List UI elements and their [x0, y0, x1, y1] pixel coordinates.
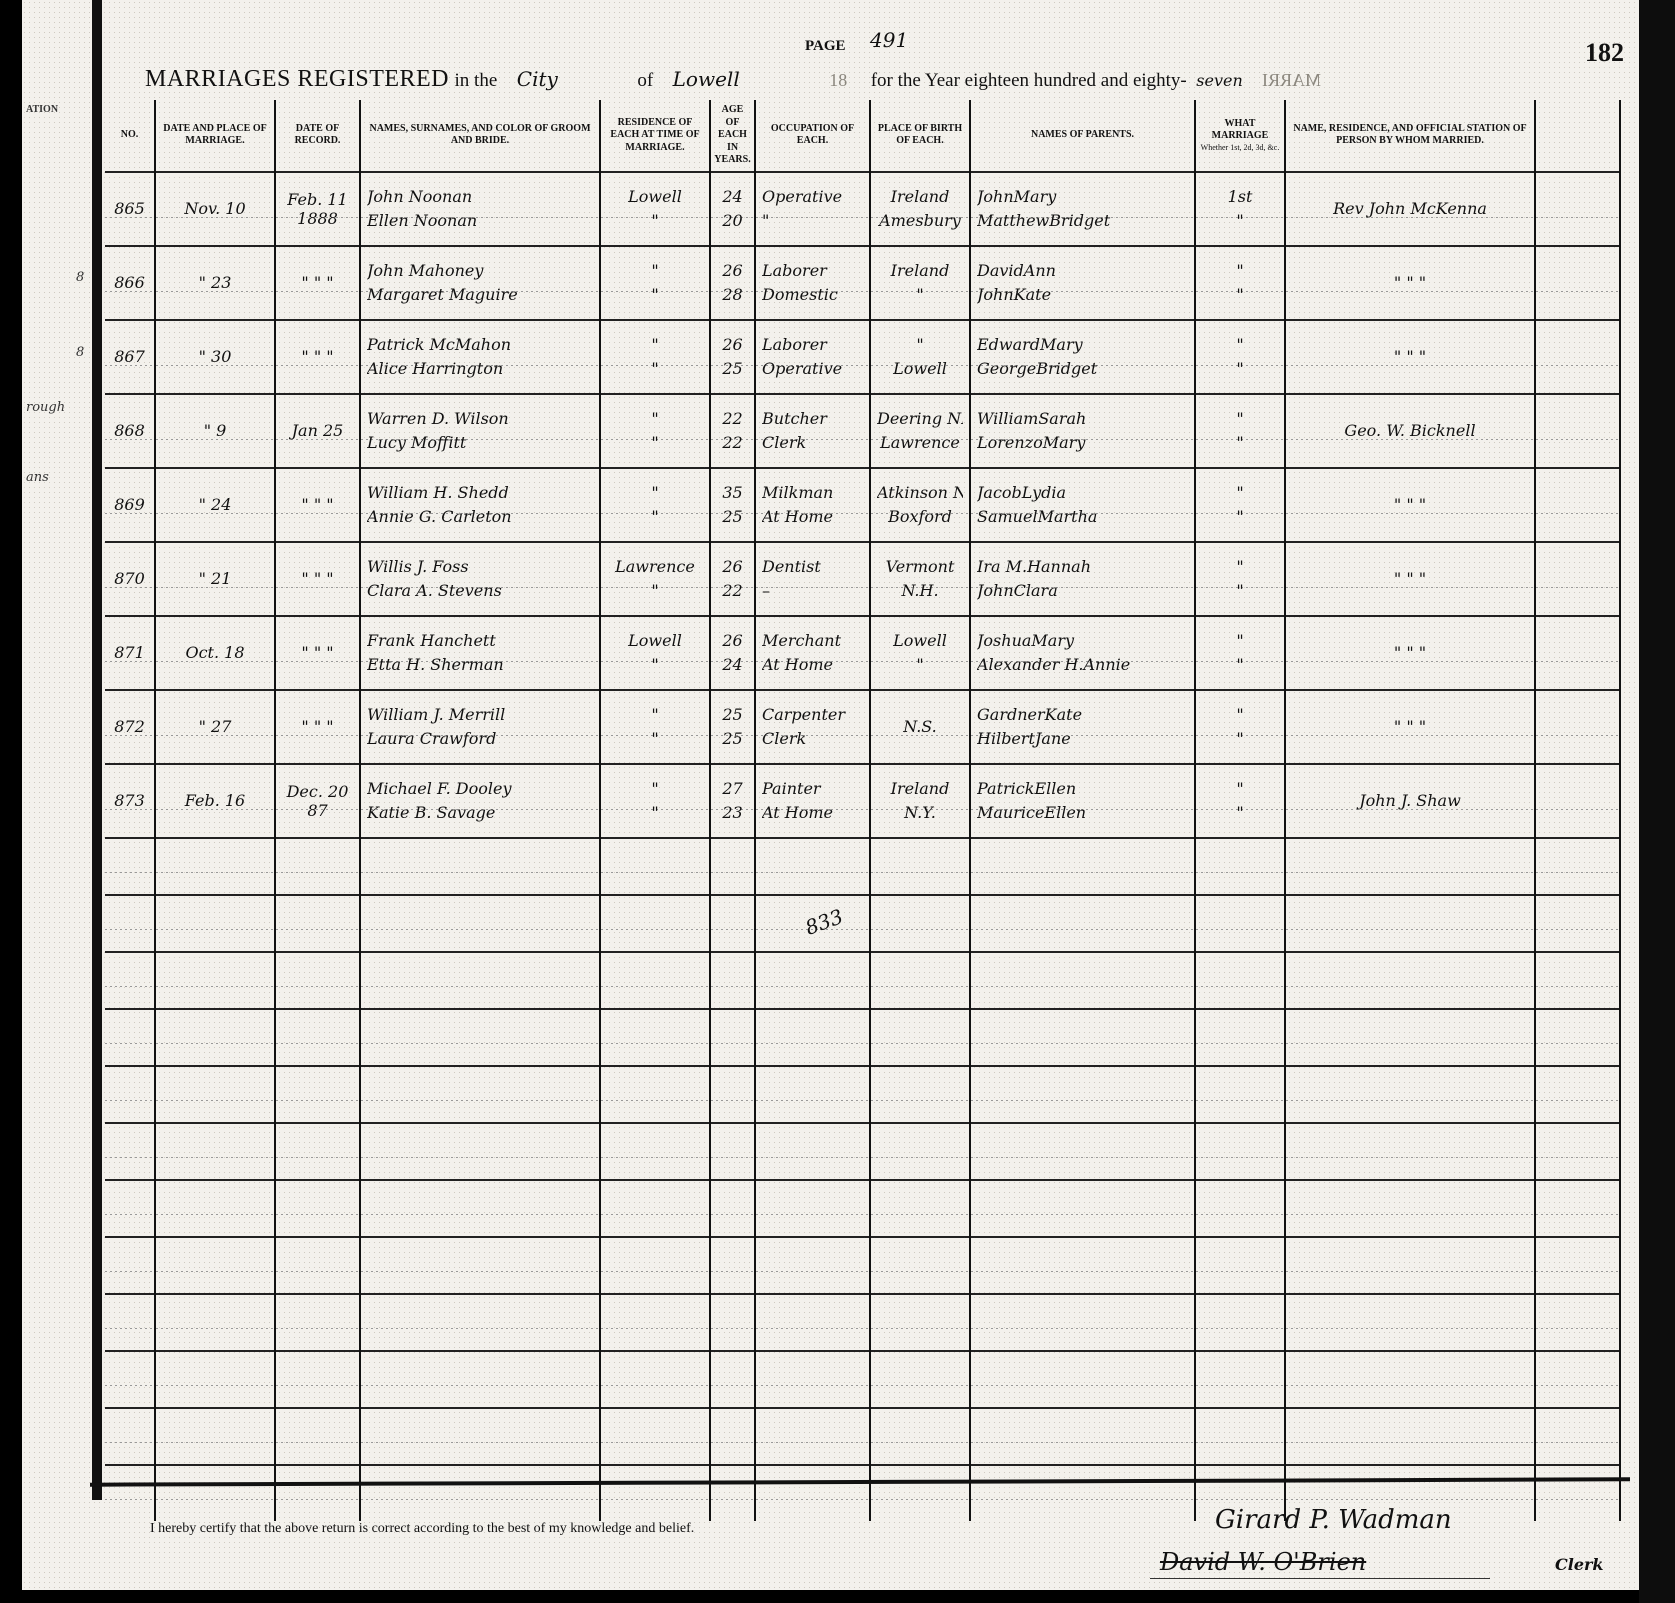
- occupation-groom: Painter: [762, 777, 863, 801]
- occupation-groom: Milkman: [762, 481, 863, 505]
- empty-cell: [710, 1123, 755, 1180]
- father-groom: Gardner: [977, 705, 1045, 724]
- occupation-bride: ": [762, 209, 863, 233]
- father-bride: Maurice: [977, 803, 1044, 822]
- empty-cell: [710, 895, 755, 952]
- signature-line: [1150, 1578, 1490, 1579]
- age: 26 24: [710, 616, 755, 690]
- father-bride: Samuel: [977, 507, 1038, 526]
- occupation-bride: At Home: [762, 653, 863, 677]
- occupation: Laborer Operative: [755, 320, 870, 394]
- occupation-bride: At Home: [762, 505, 863, 529]
- father-groom: John: [977, 187, 1014, 206]
- parents: WilliamSarah LorenzoMary: [970, 394, 1195, 468]
- occupation: Operative ": [755, 172, 870, 246]
- empty-cell: [105, 1237, 155, 1294]
- empty-cell: [970, 1123, 1195, 1180]
- occupation: Butcher Clerk: [755, 394, 870, 468]
- what-marriage: " ": [1195, 690, 1285, 764]
- birthplace-bride: ": [877, 283, 963, 307]
- col-header-record: Date of record.: [275, 100, 360, 172]
- empty-cell: [155, 1465, 275, 1521]
- marriage-date: " 27: [155, 690, 275, 764]
- empty-cell: [155, 1408, 275, 1465]
- father-groom: Patrick: [977, 779, 1034, 798]
- empty-cell: [155, 1009, 275, 1066]
- mirror-bleed-text: MARRI: [1262, 70, 1321, 91]
- mother-bride: Ellen: [1044, 803, 1086, 822]
- extra-cell: [1535, 690, 1620, 764]
- empty-cell: [1195, 895, 1285, 952]
- residence-bride: ": [607, 283, 703, 307]
- empty-cell: [105, 1408, 155, 1465]
- age: 26 28: [710, 246, 755, 320]
- empty-cell: [600, 1009, 710, 1066]
- officiant: " " ": [1285, 690, 1535, 764]
- birthplace: Ireland ": [870, 246, 970, 320]
- empty-cell: [970, 952, 1195, 1009]
- extra-cell: [1535, 172, 1620, 246]
- title-prefix: MARRIAGES REGISTERED: [145, 66, 449, 92]
- empty-cell: [155, 1294, 275, 1351]
- empty-cell: [105, 1009, 155, 1066]
- father-groom: David: [977, 261, 1024, 280]
- couple-names-groom: Warren D. Wilson: [367, 407, 593, 431]
- empty-cell: [970, 895, 1195, 952]
- birthplace: Atkinson NH Boxford: [870, 468, 970, 542]
- certification-text: I hereby certify that the above return i…: [150, 1521, 694, 1537]
- what-marriage-groom: ": [1202, 407, 1278, 431]
- record-date: Dec. 20 87: [275, 764, 360, 838]
- occupation-groom: Operative: [762, 185, 863, 209]
- birthplace-groom: Atkinson NH: [877, 481, 963, 505]
- extra-cell: [1535, 616, 1620, 690]
- couple-names-bride: Ellen Noonan: [367, 209, 593, 233]
- residence-groom: Lowell: [607, 629, 703, 653]
- empty-cell: [275, 895, 360, 952]
- empty-cell: [360, 1294, 600, 1351]
- table-row: 865 Nov. 10 Feb. 11 1888 John Noonan Ell…: [105, 172, 1620, 246]
- what-marriage: " ": [1195, 394, 1285, 468]
- col-header-age: Age of each in years.: [710, 100, 755, 172]
- residence: " ": [600, 246, 710, 320]
- empty-cell: [870, 1465, 970, 1521]
- marriage-date: Oct. 18: [155, 616, 275, 690]
- birthplace-bride: Lawrence: [877, 431, 963, 455]
- empty-cell: [1195, 1180, 1285, 1237]
- empty-cell: [600, 838, 710, 895]
- empty-cell: [755, 1009, 870, 1066]
- mother-bride: Jane: [1035, 729, 1071, 748]
- empty-cell: [1535, 952, 1620, 1009]
- empty-cell: [1285, 1294, 1535, 1351]
- couple-names-groom: Michael F. Dooley: [367, 777, 593, 801]
- empty-cell: [755, 1237, 870, 1294]
- col-header-names: Names, surnames, and color of groom and …: [360, 100, 600, 172]
- age-groom: 24: [717, 185, 748, 209]
- birthplace-groom: Lowell: [877, 629, 963, 653]
- empty-cell: [870, 1294, 970, 1351]
- age: 25 25: [710, 690, 755, 764]
- left-margin-header: ATION: [26, 104, 58, 115]
- empty-cell: [970, 1408, 1195, 1465]
- empty-cell: [710, 1009, 755, 1066]
- signature-clerk: David W. O'Brien: [1160, 1548, 1366, 1576]
- mother-bride: Clara: [1014, 581, 1058, 600]
- residence: " ": [600, 320, 710, 394]
- empty-cell: [1285, 1180, 1535, 1237]
- empty-cell: [275, 1408, 360, 1465]
- occupation-bride: –: [762, 579, 863, 603]
- empty-cell: [970, 1351, 1195, 1408]
- birthplace: " Lowell: [870, 320, 970, 394]
- birthplace-groom: ": [877, 333, 963, 357]
- col-header-parents: Names of parents.: [970, 100, 1195, 172]
- occupation-groom: Laborer: [762, 259, 863, 283]
- empty-cell: [870, 895, 970, 952]
- empty-cell: [155, 1351, 275, 1408]
- col-header-birthplace: Place of birth of each.: [870, 100, 970, 172]
- what-marriage-bride: ": [1202, 209, 1278, 233]
- officiant: " " ": [1285, 246, 1535, 320]
- blank-row: [105, 1180, 1620, 1237]
- residence: Lowell ": [600, 172, 710, 246]
- couple-names-groom: Willis J. Foss: [367, 555, 593, 579]
- empty-cell: [1535, 895, 1620, 952]
- empty-cell: [155, 1123, 275, 1180]
- age-bride: 23: [717, 801, 748, 825]
- empty-cell: [600, 1294, 710, 1351]
- empty-cell: [105, 838, 155, 895]
- empty-cell: [870, 1009, 970, 1066]
- birthplace-bride: N.H.: [877, 579, 963, 603]
- record-date: " " ": [275, 616, 360, 690]
- what-marriage-bride: ": [1202, 283, 1278, 307]
- couple-names: Patrick McMahon Alice Harrington: [360, 320, 600, 394]
- marriage-date: " 21: [155, 542, 275, 616]
- left-margin-note: 8: [76, 270, 84, 285]
- couple-names-bride: Margaret Maguire: [367, 283, 593, 307]
- father-groom: William: [977, 409, 1038, 428]
- father-bride: John: [977, 581, 1014, 600]
- year-text: for the Year eighteen hundred and eighty…: [871, 70, 1187, 91]
- occupation: Carpenter Clerk: [755, 690, 870, 764]
- birthplace-groom: Ireland: [877, 185, 963, 209]
- empty-cell: [1285, 952, 1535, 1009]
- blank-row: [105, 838, 1620, 895]
- couple-names: Michael F. Dooley Katie B. Savage: [360, 764, 600, 838]
- col-header-extra: [1535, 100, 1620, 172]
- empty-cell: [600, 1408, 710, 1465]
- birthplace-groom: Ireland: [877, 259, 963, 283]
- page-title: MARRIAGES REGISTERED in the City of Lowe…: [145, 66, 1321, 93]
- what-marriage-bride: ": [1202, 505, 1278, 529]
- marriage-date: " 9: [155, 394, 275, 468]
- empty-cell: [970, 1009, 1195, 1066]
- empty-cell: [870, 1408, 970, 1465]
- empty-cell: [360, 1408, 600, 1465]
- empty-cell: [155, 952, 275, 1009]
- blank-row: [105, 952, 1620, 1009]
- empty-cell: [1195, 1237, 1285, 1294]
- empty-cell: [870, 952, 970, 1009]
- birthplace-bride: N.S.: [877, 715, 963, 739]
- mother-bride: Annie: [1084, 655, 1131, 674]
- birthplace-bride: Lowell: [877, 357, 963, 381]
- col-header-residence: Residence of each at time of marriage.: [600, 100, 710, 172]
- residence-bride: ": [607, 431, 703, 455]
- father-bride: Matthew: [977, 211, 1049, 230]
- residence-bride: ": [607, 727, 703, 751]
- empty-cell: [970, 1237, 1195, 1294]
- what-marriage-bride: ": [1202, 727, 1278, 751]
- age-bride: 25: [717, 357, 748, 381]
- birthplace: Ireland Amesbury: [870, 172, 970, 246]
- empty-cell: [710, 952, 755, 1009]
- age-groom: 22: [717, 407, 748, 431]
- empty-cell: [360, 1123, 600, 1180]
- record-number: 868: [105, 394, 155, 468]
- empty-cell: [1285, 838, 1535, 895]
- parents: EdwardMary GeorgeBridget: [970, 320, 1195, 394]
- couple-names: William J. Merrill Laura Crawford: [360, 690, 600, 764]
- age: 35 25: [710, 468, 755, 542]
- extra-cell: [1535, 468, 1620, 542]
- couple-names-groom: John Mahoney: [367, 259, 593, 283]
- couple-names-groom: John Noonan: [367, 185, 593, 209]
- occupation: Dentist –: [755, 542, 870, 616]
- residence-groom: Lowell: [607, 185, 703, 209]
- couple-names: Warren D. Wilson Lucy Moffitt: [360, 394, 600, 468]
- age-bride: 24: [717, 653, 748, 677]
- empty-cell: [970, 1465, 1195, 1521]
- extra-cell: [1535, 246, 1620, 320]
- col-header-occupation: Occupation of each.: [755, 100, 870, 172]
- age-groom: 35: [717, 481, 748, 505]
- occupation-groom: Laborer: [762, 333, 863, 357]
- record-date: Jan 25: [275, 394, 360, 468]
- empty-cell: [1195, 1123, 1285, 1180]
- empty-cell: [1195, 1009, 1285, 1066]
- empty-cell: [1535, 1294, 1620, 1351]
- empty-cell: [710, 1180, 755, 1237]
- table-row: 873 Feb. 16 Dec. 20 87 Michael F. Dooley…: [105, 764, 1620, 838]
- empty-cell: [275, 838, 360, 895]
- officiant: " " ": [1285, 468, 1535, 542]
- record-date: " " ": [275, 320, 360, 394]
- couple-names: Willis J. Foss Clara A. Stevens: [360, 542, 600, 616]
- blank-row: [105, 1351, 1620, 1408]
- officiant: Geo. W. Bicknell: [1285, 394, 1535, 468]
- couple-names-bride: Clara A. Stevens: [367, 579, 593, 603]
- mother-groom: Mary: [1040, 335, 1083, 354]
- residence: " ": [600, 468, 710, 542]
- what-marriage-groom: ": [1202, 777, 1278, 801]
- age-groom: 27: [717, 777, 748, 801]
- couple-names-groom: William H. Shedd: [367, 481, 593, 505]
- empty-cell: [1195, 838, 1285, 895]
- table-row: 867 " 30 " " " Patrick McMahon Alice Har…: [105, 320, 1620, 394]
- empty-cell: [360, 838, 600, 895]
- extra-cell: [1535, 764, 1620, 838]
- col-header-officiant: Name, residence, and official station of…: [1285, 100, 1535, 172]
- empty-cell: [710, 1237, 755, 1294]
- empty-cell: [1535, 1237, 1620, 1294]
- father-groom: Jacob: [977, 483, 1022, 502]
- empty-cell: [755, 838, 870, 895]
- empty-cell: [1285, 895, 1535, 952]
- folio-number: 182: [1585, 38, 1624, 68]
- empty-cell: [275, 952, 360, 1009]
- record-number: 869: [105, 468, 155, 542]
- signature-registrar: Girard P. Wadman: [1215, 1505, 1452, 1535]
- year-handwritten: seven: [1196, 71, 1243, 90]
- what-marriage-bride: ": [1202, 579, 1278, 603]
- empty-cell: [755, 1408, 870, 1465]
- what-marriage: " ": [1195, 542, 1285, 616]
- birthplace: N.S.: [870, 690, 970, 764]
- empty-cell: [600, 1180, 710, 1237]
- empty-cell: [1535, 1123, 1620, 1180]
- couple-names-bride: Annie G. Carleton: [367, 505, 593, 529]
- residence: " ": [600, 690, 710, 764]
- empty-cell: [710, 1351, 755, 1408]
- occupation: Painter At Home: [755, 764, 870, 838]
- clerk-label: Clerk: [1555, 1555, 1604, 1574]
- age: 27 23: [710, 764, 755, 838]
- couple-names-groom: William J. Merrill: [367, 703, 593, 727]
- mother-bride: Martha: [1038, 507, 1098, 526]
- page-number-handwritten: 491: [870, 28, 908, 52]
- residence: Lowell ": [600, 616, 710, 690]
- what-marriage-groom: ": [1202, 629, 1278, 653]
- record-number: 871: [105, 616, 155, 690]
- empty-cell: [360, 1009, 600, 1066]
- empty-cell: [275, 1351, 360, 1408]
- record-number: 872: [105, 690, 155, 764]
- couple-names: William H. Shedd Annie G. Carleton: [360, 468, 600, 542]
- empty-cell: [600, 1465, 710, 1521]
- marriage-date: Feb. 16: [155, 764, 275, 838]
- mother-bride: Mary: [1043, 433, 1086, 452]
- empty-cell: [1285, 1009, 1535, 1066]
- officiant: Rev John McKenna: [1285, 172, 1535, 246]
- empty-cell: [755, 952, 870, 1009]
- empty-cell: [755, 1123, 870, 1180]
- title-in-the: in the: [455, 70, 498, 91]
- what-marriage: " ": [1195, 246, 1285, 320]
- father-bride: Alexander H.: [977, 655, 1084, 674]
- empty-cell: [970, 1066, 1195, 1123]
- empty-cell: [710, 1408, 755, 1465]
- parents: Ira M.Hannah JohnClara: [970, 542, 1195, 616]
- father-groom: Edward: [977, 335, 1040, 354]
- record-number: 866: [105, 246, 155, 320]
- age-bride: 20: [717, 209, 748, 233]
- age: 26 22: [710, 542, 755, 616]
- column-headers: No. Date and place of marriage. Date of …: [105, 100, 1620, 172]
- empty-cell: [105, 895, 155, 952]
- mother-groom: Mary: [1014, 187, 1057, 206]
- blank-row: [105, 1408, 1620, 1465]
- table-row: 872 " 27 " " " William J. Merrill Laura …: [105, 690, 1620, 764]
- what-marriage: 1st ": [1195, 172, 1285, 246]
- parents: DavidAnn JohnKate: [970, 246, 1195, 320]
- officiant: " " ": [1285, 616, 1535, 690]
- empty-cell: [1195, 1408, 1285, 1465]
- empty-cell: [275, 1237, 360, 1294]
- empty-cell: [1285, 1237, 1535, 1294]
- what-marriage: " ": [1195, 616, 1285, 690]
- couple-names: John Mahoney Margaret Maguire: [360, 246, 600, 320]
- title-of: of: [637, 70, 653, 91]
- age-bride: 22: [717, 579, 748, 603]
- mother-groom: Lydia: [1022, 483, 1066, 502]
- residence-bride: ": [607, 653, 703, 677]
- parents: GardnerKate HilbertJane: [970, 690, 1195, 764]
- empty-cell: [275, 1294, 360, 1351]
- marriage-date: " 30: [155, 320, 275, 394]
- couple-names-bride: Katie B. Savage: [367, 801, 593, 825]
- empty-cell: [1195, 1351, 1285, 1408]
- residence-bride: ": [607, 357, 703, 381]
- couple-names: John Noonan Ellen Noonan: [360, 172, 600, 246]
- record-number: 870: [105, 542, 155, 616]
- occupation-bride: At Home: [762, 801, 863, 825]
- record-date: Feb. 11 1888: [275, 172, 360, 246]
- father-bride: George: [977, 359, 1036, 378]
- age-groom: 26: [717, 555, 748, 579]
- mother-groom: Hannah: [1027, 557, 1091, 576]
- age: 26 25: [710, 320, 755, 394]
- empty-cell: [1285, 1351, 1535, 1408]
- municipality-name: Lowell: [673, 67, 740, 91]
- year-prefix: 18: [829, 70, 847, 90]
- father-bride: Lorenzo: [977, 433, 1043, 452]
- residence: " ": [600, 394, 710, 468]
- table-row: 866 " 23 " " " John Mahoney Margaret Mag…: [105, 246, 1620, 320]
- empty-cell: [755, 1066, 870, 1123]
- birthplace: Vermont N.H.: [870, 542, 970, 616]
- empty-cell: [360, 895, 600, 952]
- parents: PatrickEllen MauriceEllen: [970, 764, 1195, 838]
- blank-row: [105, 1123, 1620, 1180]
- empty-cell: [1285, 1408, 1535, 1465]
- empty-cell: [1535, 838, 1620, 895]
- record-date: " " ": [275, 542, 360, 616]
- empty-cell: [360, 1066, 600, 1123]
- table-row: 871 Oct. 18 " " " Frank Hanchett Etta H.…: [105, 616, 1620, 690]
- empty-cell: [870, 1066, 970, 1123]
- empty-cell: [870, 1123, 970, 1180]
- extra-cell: [1535, 320, 1620, 394]
- empty-cell: [870, 838, 970, 895]
- empty-cell: [870, 1237, 970, 1294]
- empty-cell: [105, 1465, 155, 1521]
- extra-cell: [1535, 542, 1620, 616]
- marriage-date: " 24: [155, 468, 275, 542]
- what-marriage-sub: Whether 1st, 2d, 3d, &c.: [1199, 143, 1281, 153]
- birthplace: Deering NH Lawrence: [870, 394, 970, 468]
- record-date: " " ": [275, 246, 360, 320]
- age-groom: 26: [717, 333, 748, 357]
- age-bride: 25: [717, 505, 748, 529]
- age-groom: 26: [717, 629, 748, 653]
- empty-cell: [360, 952, 600, 1009]
- empty-cell: [755, 1351, 870, 1408]
- record-date: " " ": [275, 468, 360, 542]
- empty-cell: [275, 1066, 360, 1123]
